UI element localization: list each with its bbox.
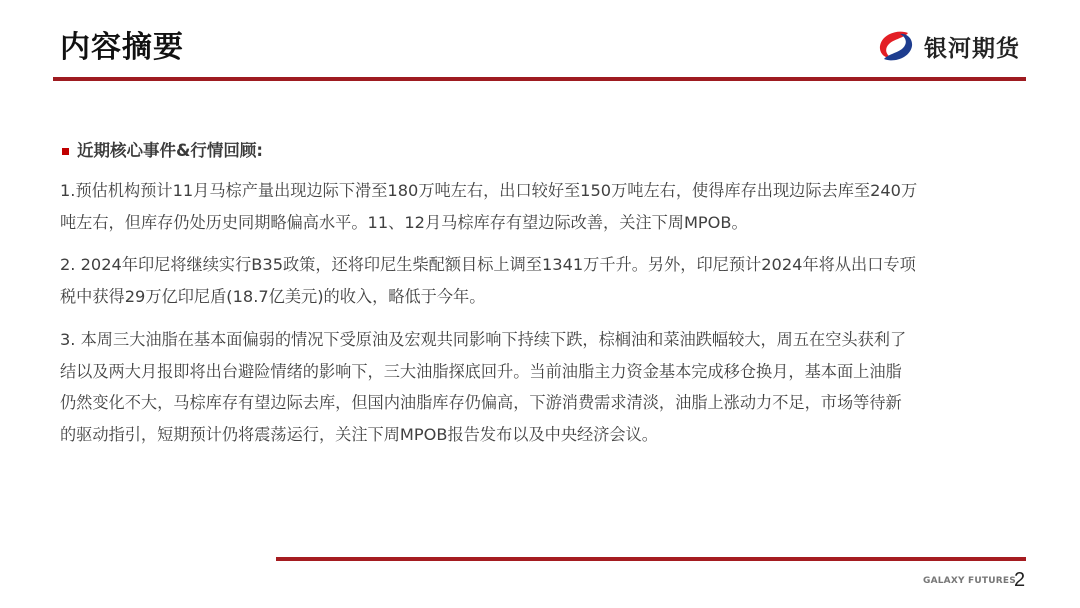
paragraph-3: 3. 本周三大油脂在基本面偏弱的情况下受原油及宏观共同影响下持续下跌，棕榈油和菜… <box>60 324 1040 450</box>
paragraph-line: 2. 2024年印尼将继续实行B35政策，还将印尼生柴配额目标上调至1341万千… <box>60 249 1040 281</box>
brand-name: 银河期货 <box>924 30 1020 63</box>
page-number: 2 <box>1014 569 1025 592</box>
slide-title: 内容摘要 <box>60 28 184 68</box>
paragraph-line: 税中获得29万亿印尼盾(18.7亿美元)的收入，略低于今年。 <box>60 281 1040 313</box>
galaxy-futures-logo-icon <box>874 28 918 64</box>
square-bullet-icon <box>62 148 69 155</box>
header-divider <box>53 77 1026 81</box>
paragraph-line: 结以及两大月报即将出台避险情绪的影响下，三大油脂探底回升。当前油脂主力资金基本完… <box>60 356 1040 388</box>
section-heading: 近期核心事件&行情回顾: <box>60 138 1040 164</box>
paragraph-line: 仍然变化不大，马棕库存有望边际去库，但国内油脂库存仍偏高，下游消费需求清淡，油脂… <box>60 387 1040 419</box>
paragraph-1: 1.预估机构预计11月马棕产量出现边际下滑至180万吨左右，出口较好至150万吨… <box>60 175 1040 238</box>
paragraph-2: 2. 2024年印尼将继续实行B35政策，还将印尼生柴配额目标上调至1341万千… <box>60 249 1040 312</box>
footer-brand-name: GALAXY FUTURES <box>923 576 1016 586</box>
footer-divider <box>276 557 1026 561</box>
paragraph-line: 3. 本周三大油脂在基本面偏弱的情况下受原油及宏观共同影响下持续下跌，棕榈油和菜… <box>60 324 1040 356</box>
brand-logo: 银河期货 <box>874 28 1020 64</box>
paragraph-line: 1.预估机构预计11月马棕产量出现边际下滑至180万吨左右，出口较好至150万吨… <box>60 175 1040 207</box>
paragraph-line: 的驱动指引，短期预计仍将震荡运行，关注下周MPOB报告发布以及中央经济会议。 <box>60 419 1040 451</box>
paragraph-line: 吨左右，但库存仍处历史同期略偏高水平。11、12月马棕库存有望边际改善，关注下周… <box>60 207 1040 239</box>
section-heading-text: 近期核心事件&行情回顾: <box>77 138 263 164</box>
summary-content: 近期核心事件&行情回顾: 1.预估机构预计11月马棕产量出现边际下滑至180万吨… <box>60 138 1040 450</box>
